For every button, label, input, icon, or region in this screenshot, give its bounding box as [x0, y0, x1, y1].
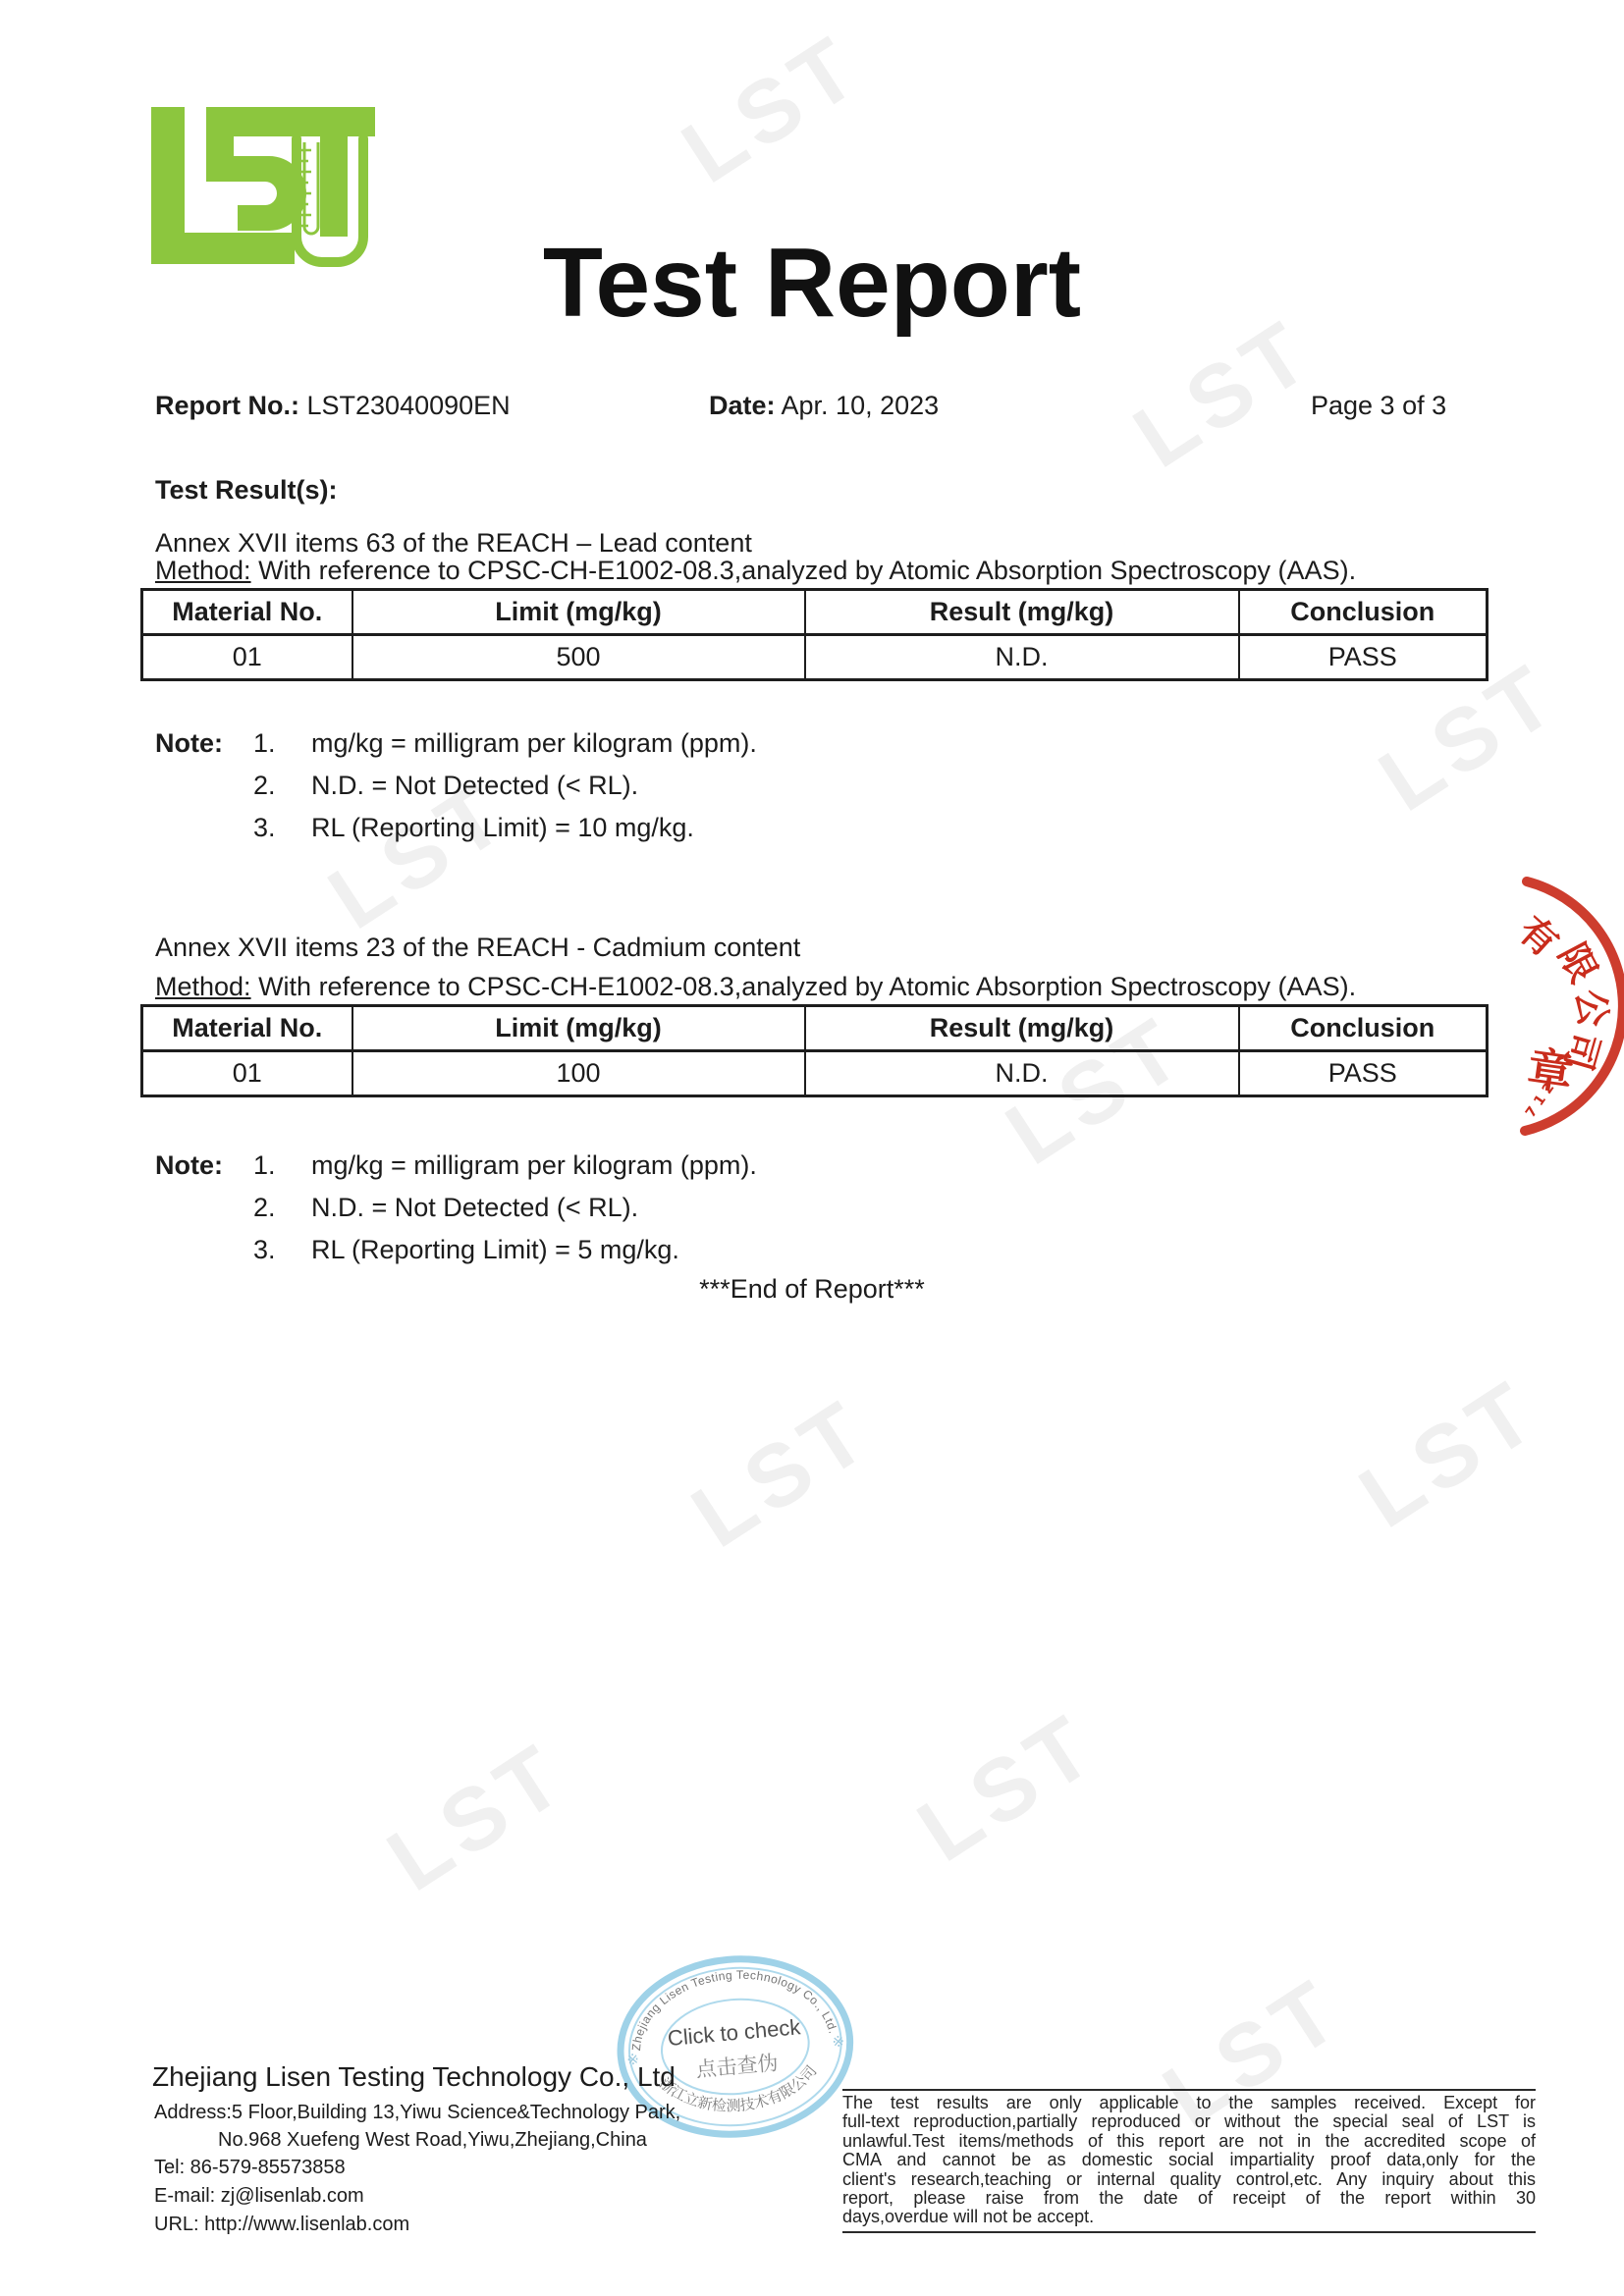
note-number: 3.: [253, 813, 276, 843]
cell-result: N.D.: [805, 635, 1239, 680]
method-text: With reference to CPSC-CH-E1002-08.3,ana…: [251, 972, 1357, 1001]
note-number: 1.: [253, 1150, 276, 1181]
lst-watermark: LST: [666, 15, 881, 203]
cell-result: N.D.: [805, 1051, 1239, 1096]
note-text: RL (Reporting Limit) = 10 mg/kg.: [311, 813, 694, 843]
page-title: Test Report: [0, 234, 1624, 332]
disclaimer-line: CMA and cannot be as domestic social imp…: [842, 2151, 1536, 2169]
disclaimer-line: report, please raise from the date of re…: [842, 2189, 1536, 2208]
disclaimer-line: days,overdue will not be accept.: [842, 2208, 1536, 2226]
cell-conclusion: PASS: [1239, 635, 1488, 680]
report-date-label: Date:: [709, 391, 776, 420]
note-text: N.D. = Not Detected (< RL).: [311, 1193, 638, 1223]
lst-watermark: LST: [901, 1693, 1116, 1882]
stamp-click-label-zh: 点击查伪: [695, 2051, 780, 2081]
table-header-row: Material No. Limit (mg/kg) Result (mg/kg…: [142, 590, 1488, 635]
note-number: 2.: [253, 1193, 276, 1223]
cell-limit: 500: [352, 635, 805, 680]
method-text: With reference to CPSC-CH-E1002-08.3,ana…: [251, 556, 1357, 585]
footer-address-line2: No.968 Xuefeng West Road,Yiwu,Zhejiang,C…: [218, 2129, 647, 2152]
cell-material-no: 01: [142, 635, 352, 680]
note-number: 2.: [253, 771, 276, 801]
test-report-page: LST LST LST LST LST LST LST LST LST LST …: [0, 0, 1624, 2296]
report-number: Report No.: LST23040090EN: [155, 391, 511, 421]
cell-material-no: 01: [142, 1051, 352, 1096]
lst-watermark: LST: [371, 1723, 586, 1911]
logo-test-tube: [304, 142, 318, 234]
report-number-value: LST23040090EN: [307, 391, 511, 420]
note-label: Note:: [155, 728, 223, 759]
footer-company-name: Zhejiang Lisen Testing Technology Co., L…: [152, 2061, 676, 2093]
footer-email: E-mail: zj@lisenlab.com: [154, 2185, 364, 2208]
report-date: Date: Apr. 10, 2023: [709, 391, 939, 421]
footer-tel: Tel: 86-579-85573858: [154, 2157, 346, 2179]
method-line-cadmium: Method: With reference to CPSC-CH-E1002-…: [155, 972, 1356, 1002]
col-limit: Limit (mg/kg): [352, 1006, 805, 1051]
logo-letter-t-stem: [320, 136, 348, 237]
note-number: 3.: [253, 1235, 276, 1265]
page-indicator: Page 3 of 3: [1311, 391, 1446, 421]
disclaimer-line: full-text reproduction,partially reprodu…: [842, 2112, 1536, 2131]
result-table-cadmium: Material No. Limit (mg/kg) Result (mg/kg…: [140, 1004, 1489, 1097]
table-row: 01 500 N.D. PASS: [142, 635, 1488, 680]
col-limit: Limit (mg/kg): [352, 590, 805, 635]
disclaimer-line: unlawful.Test items/methods of this repo…: [842, 2132, 1536, 2151]
click-to-check-stamp[interactable]: Zhejiang Lisen Testing Technology Co., L…: [601, 1939, 871, 2159]
footer-url: URL: http://www.lisenlab.com: [154, 2214, 409, 2236]
note-text: N.D. = Not Detected (< RL).: [311, 771, 638, 801]
lst-watermark: LST: [676, 1379, 891, 1568]
footer-disclaimer: The test results are only applicable to …: [842, 2089, 1536, 2233]
seal-char: 公: [1571, 988, 1612, 1029]
table-row: 01 100 N.D. PASS: [142, 1051, 1488, 1096]
note-label: Note:: [155, 1150, 223, 1181]
footer-address-line1: Address:5 Floor,Building 13,Yiwu Science…: [154, 2102, 680, 2124]
logo-letter-s: [206, 136, 306, 231]
note-text: mg/kg = milligram per kilogram (ppm).: [311, 1150, 757, 1181]
col-material-no: Material No.: [142, 590, 352, 635]
col-result: Result (mg/kg): [805, 590, 1239, 635]
stamp-click-to-check-label: Click to check: [667, 2014, 802, 2051]
stamp-side-mark-right: ※: [832, 2033, 845, 2051]
method-line-lead: Method: With reference to CPSC-CH-E1002-…: [155, 556, 1356, 586]
end-of-report: ***End of Report***: [0, 1274, 1624, 1305]
lst-watermark: LST: [1343, 1360, 1558, 1548]
col-conclusion: Conclusion: [1239, 590, 1488, 635]
report-number-label: Report No.:: [155, 391, 299, 420]
test-results-heading: Test Result(s):: [155, 475, 338, 506]
method-label: Method:: [155, 972, 251, 1001]
annex-line-lead: Annex XVII items 63 of the REACH – Lead …: [155, 528, 752, 559]
disclaimer-line: client's research,teaching or internal q…: [842, 2170, 1536, 2189]
cell-limit: 100: [352, 1051, 805, 1096]
annex-line-cadmium: Annex XVII items 23 of the REACH - Cadmi…: [155, 933, 800, 963]
disclaimer-line: The test results are only applicable to …: [842, 2094, 1536, 2112]
method-label: Method:: [155, 556, 251, 585]
note-text: RL (Reporting Limit) = 5 mg/kg.: [311, 1235, 679, 1265]
col-material-no: Material No.: [142, 1006, 352, 1051]
result-table-lead: Material No. Limit (mg/kg) Result (mg/kg…: [140, 588, 1489, 681]
report-date-value: Apr. 10, 2023: [782, 391, 940, 420]
note-text: mg/kg = milligram per kilogram (ppm).: [311, 728, 757, 759]
logo-top-bar: [206, 107, 375, 136]
note-number: 1.: [253, 728, 276, 759]
col-result: Result (mg/kg): [805, 1006, 1239, 1051]
table-header-row: Material No. Limit (mg/kg) Result (mg/kg…: [142, 1006, 1488, 1051]
